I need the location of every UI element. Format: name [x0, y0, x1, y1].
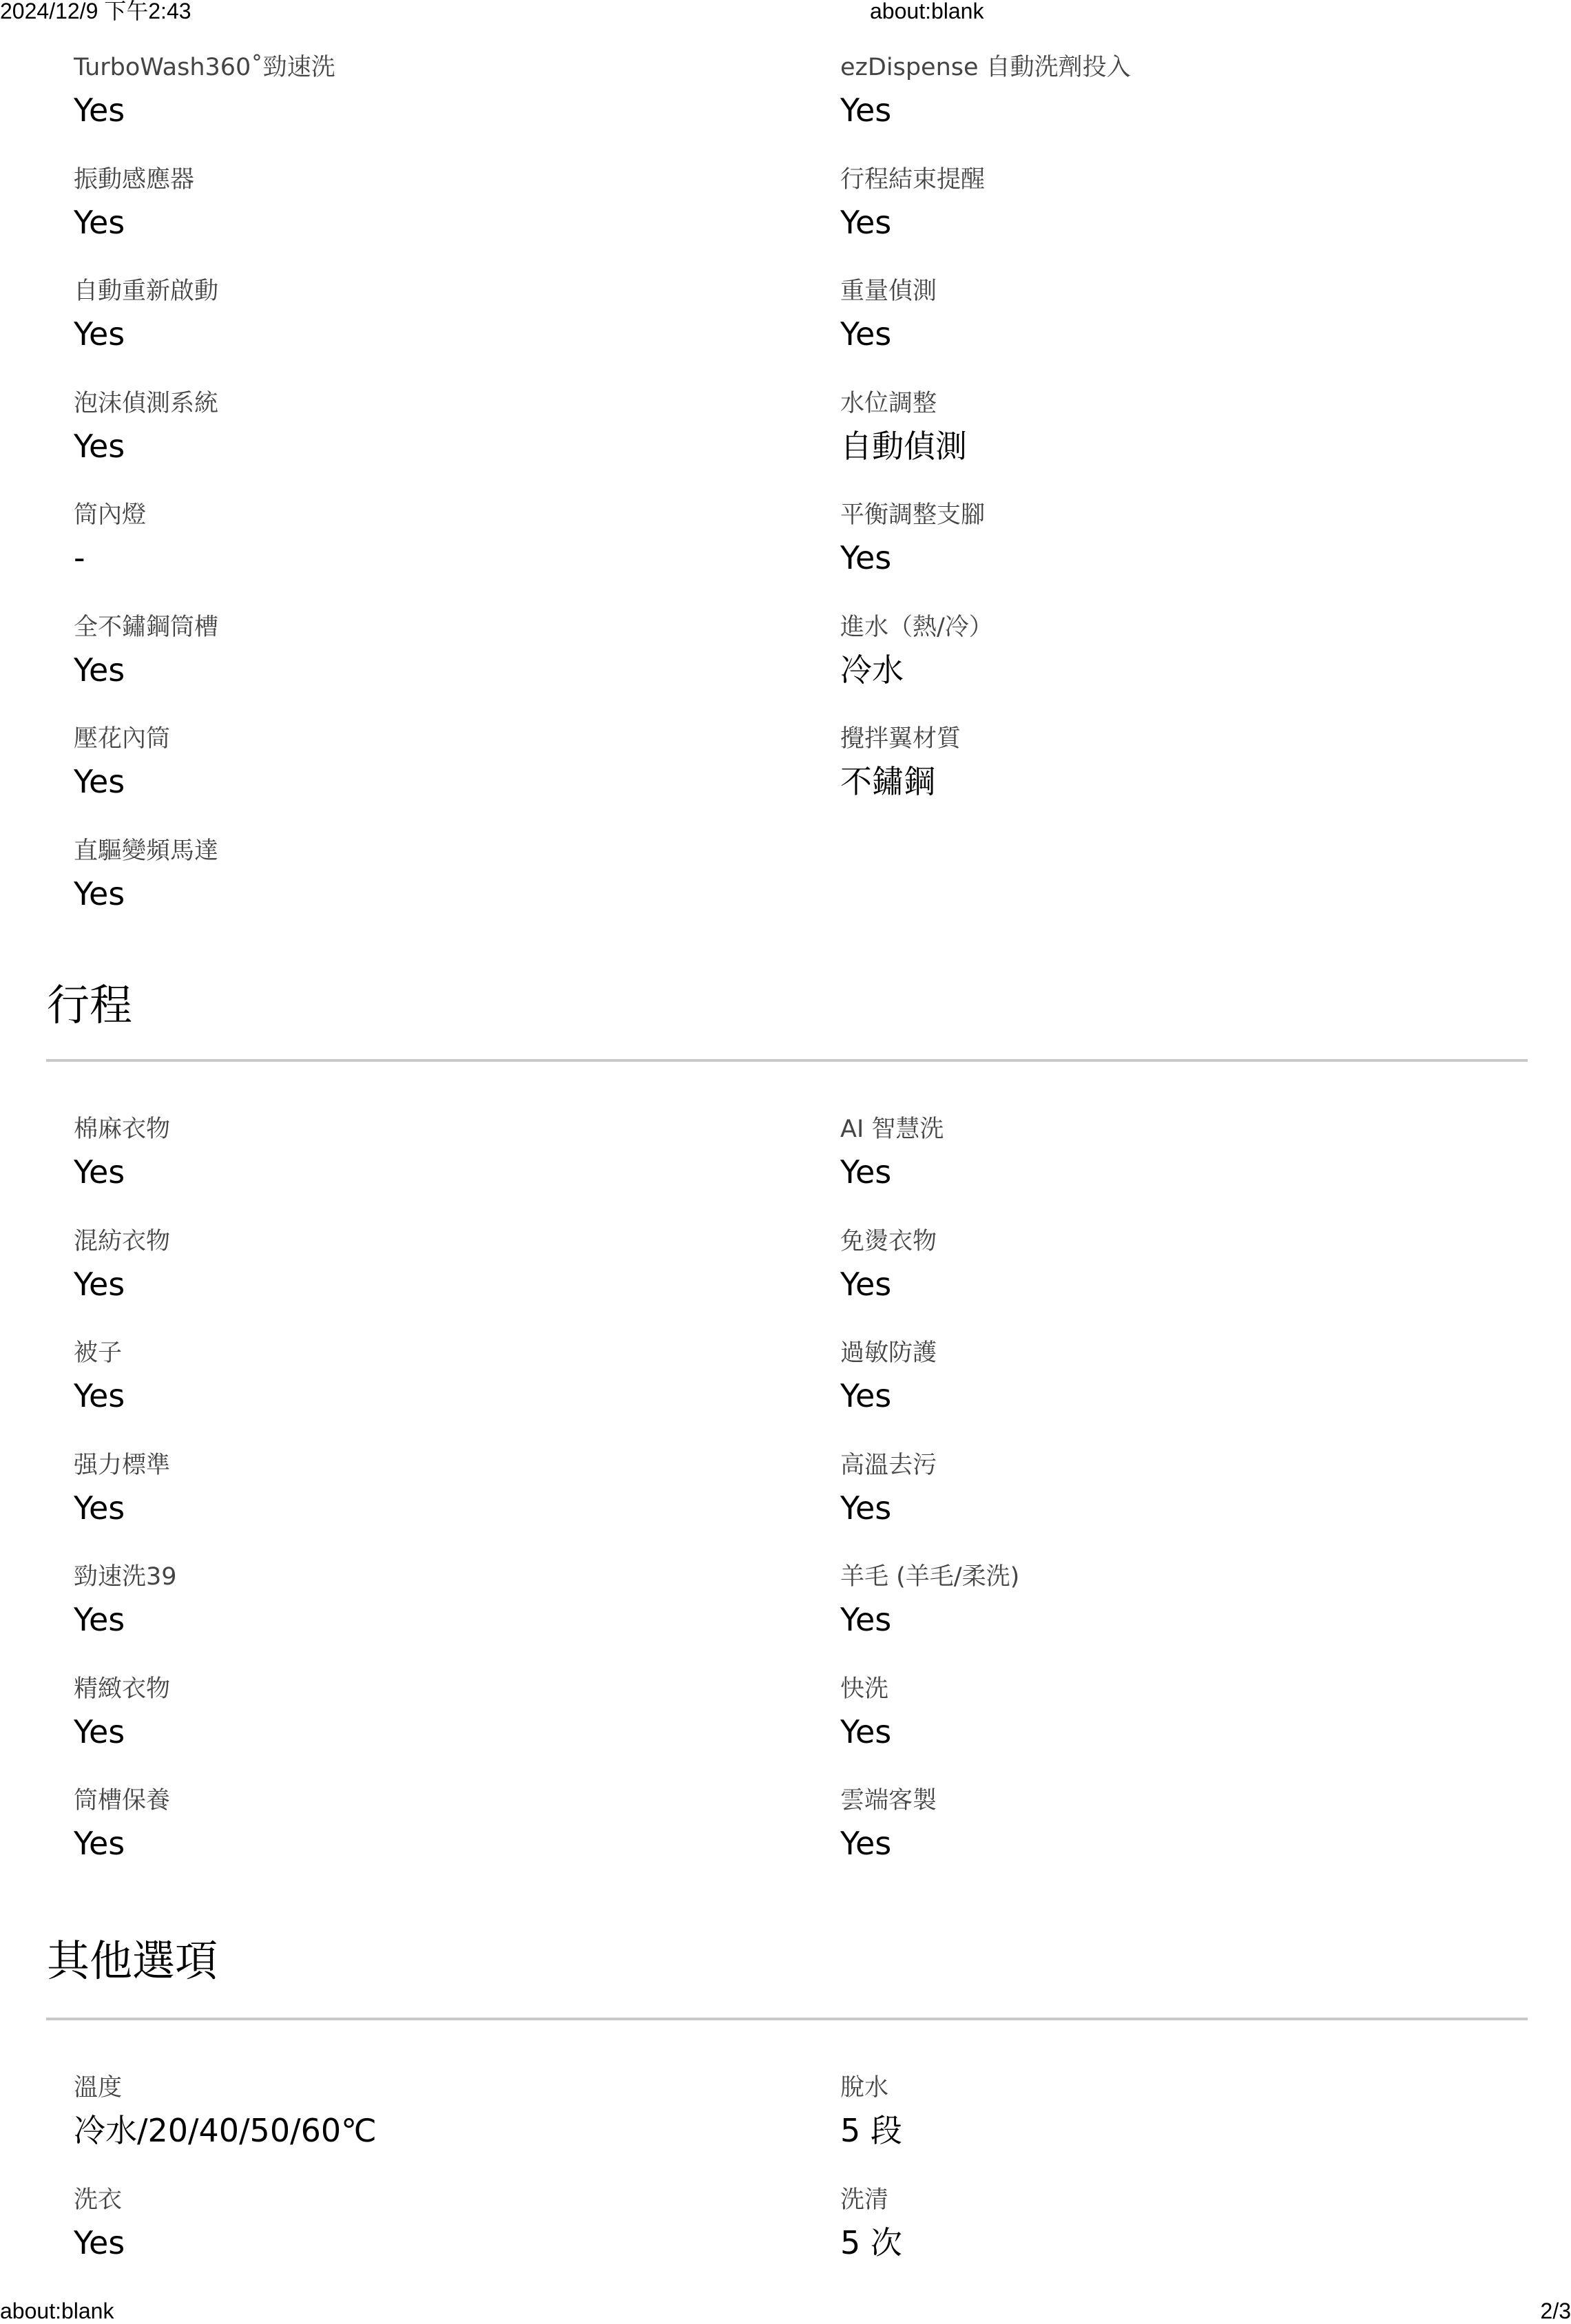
spec-item-spin: 脫水 5 段 — [840, 2074, 1528, 2186]
spec-label: 被子 — [74, 1339, 840, 1367]
spec-value: 自動偵測 — [840, 427, 1528, 465]
spec-item-ezdispense: ezDispense 自動洗劑投入 Yes — [840, 54, 1528, 166]
spec-item-drum-light: 筒內燈 - — [74, 501, 840, 614]
spec-value: Yes — [840, 1153, 1528, 1191]
print-footer-url: about:blank — [0, 2299, 114, 2323]
spec-label: 羊毛 (羊毛/柔洗) — [840, 1563, 1528, 1591]
spec-item-tub-clean: 筒槽保養 Yes — [74, 1787, 840, 1899]
spec-value: Yes — [840, 538, 1528, 577]
spec-grid-features: TurboWash360˚勁速洗 Yes ezDispense 自動洗劑投入 Y… — [74, 54, 1528, 949]
spec-label: ezDispense 自動洗劑投入 — [840, 54, 1528, 81]
spec-value: Yes — [74, 315, 840, 353]
spec-item-cotton: 棉麻衣物 Yes — [74, 1116, 840, 1228]
spec-value: Yes — [840, 1824, 1528, 1863]
spec-label: 重量偵測 — [840, 278, 1528, 305]
spec-label: 攪拌翼材質 — [840, 725, 1528, 753]
spec-value: Yes — [74, 875, 840, 913]
spec-item-turbo-39: 勁速洗39 Yes — [74, 1563, 840, 1675]
spec-label: 勁速洗39 — [74, 1563, 840, 1591]
spec-value: Yes — [74, 91, 840, 129]
spec-value: 5 次 — [840, 2223, 1528, 2262]
section-divider — [46, 1059, 1528, 1062]
spec-item-cloud-custom: 雲端客製 Yes — [840, 1787, 1528, 1899]
spec-value: Yes — [74, 1265, 840, 1304]
spec-label: 强力標準 — [74, 1452, 840, 1479]
spec-label: 壓花內筒 — [74, 725, 840, 753]
spec-item-quick-wash: 快洗 Yes — [840, 1675, 1528, 1788]
spec-item-auto-restart: 自動重新啟動 Yes — [74, 278, 840, 390]
spec-value: Yes — [74, 1489, 840, 1527]
spec-item-wash: 洗衣 Yes — [74, 2186, 840, 2299]
spec-label: 脫水 — [840, 2074, 1528, 2102]
spec-value: Yes — [74, 1376, 840, 1415]
spec-item-vibration-sensor: 振動感應器 Yes — [74, 166, 840, 278]
spec-grid-other-options: 溫度 冷水/20/40/50/60℃ 脫水 5 段 洗衣 Yes 洗清 5 次 — [74, 2074, 1528, 2298]
spec-item-mixed-fabric: 混紡衣物 Yes — [74, 1228, 840, 1340]
spec-value: Yes — [74, 1824, 840, 1863]
spec-item-wool: 羊毛 (羊毛/柔洗) Yes — [840, 1563, 1528, 1675]
spec-item-turbowash: TurboWash360˚勁速洗 Yes — [74, 54, 840, 166]
spec-label: 洗衣 — [74, 2186, 840, 2214]
spec-item-heavy-duty: 强力標準 Yes — [74, 1452, 840, 1564]
spec-value: Yes — [74, 1713, 840, 1751]
spec-item-temperature: 溫度 冷水/20/40/50/60℃ — [74, 2074, 840, 2186]
spec-item-leveling-feet: 平衡調整支腳 Yes — [840, 501, 1528, 614]
print-header-datetime: 2024/12/9 下午2:43 — [0, 0, 191, 23]
section-divider — [46, 2018, 1528, 2020]
spec-value: Yes — [74, 651, 840, 689]
spec-label: 棉麻衣物 — [74, 1116, 840, 1143]
spec-grid-programs: 棉麻衣物 Yes AI 智慧洗 Yes 混紡衣物 Yes 免燙衣物 Yes 被子… — [74, 1116, 1528, 1899]
spec-label: 泡沫偵測系統 — [74, 390, 840, 417]
spec-label: 全不鏽鋼筒槽 — [74, 614, 840, 641]
spec-value: Yes — [840, 1376, 1528, 1415]
spec-label: TurboWash360˚勁速洗 — [74, 54, 840, 81]
print-header-title: about:blank — [870, 0, 984, 23]
spec-label: 自動重新啟動 — [74, 278, 840, 305]
spec-label: 溫度 — [74, 2074, 840, 2102]
spec-label: 精緻衣物 — [74, 1675, 840, 1703]
spec-item-water-level: 水位調整 自動偵測 — [840, 390, 1528, 502]
spec-label: 洗清 — [840, 2186, 1528, 2214]
spec-item-stainless-tub: 全不鏽鋼筒槽 Yes — [74, 614, 840, 726]
spec-value: Yes — [840, 315, 1528, 353]
spec-item-delicates: 精緻衣物 Yes — [74, 1675, 840, 1788]
spec-label: 快洗 — [840, 1675, 1528, 1703]
spec-label: 筒內燈 — [74, 501, 840, 529]
spec-value: Yes — [74, 1600, 840, 1639]
spec-item-end-alert: 行程結束提醒 Yes — [840, 166, 1528, 278]
spec-value: 冷水/20/40/50/60℃ — [74, 2111, 840, 2150]
spec-item-water-inlet: 進水（熱/冷） 冷水 — [840, 614, 1528, 726]
spec-label: 高溫去污 — [840, 1452, 1528, 1479]
spec-value: Yes — [840, 203, 1528, 242]
spec-value: Yes — [840, 1713, 1528, 1751]
spec-value: - — [74, 538, 840, 577]
spec-label: 直驅變頻馬達 — [74, 837, 840, 865]
spec-value: Yes — [840, 1600, 1528, 1639]
section-heading-programs: 行程 — [47, 981, 132, 1029]
spec-item-ai-wash: AI 智慧洗 Yes — [840, 1116, 1528, 1228]
spec-label: 過敏防護 — [840, 1339, 1528, 1367]
spec-item-weight-detect: 重量偵測 Yes — [840, 278, 1528, 390]
spec-label: 行程結束提醒 — [840, 166, 1528, 193]
spec-item-hot-stain: 高溫去污 Yes — [840, 1452, 1528, 1564]
spec-label: 雲端客製 — [840, 1787, 1528, 1814]
spec-value: Yes — [74, 203, 840, 242]
spec-value: Yes — [840, 1489, 1528, 1527]
spec-value: Yes — [74, 1153, 840, 1191]
spec-item-easy-care: 免燙衣物 Yes — [840, 1228, 1528, 1340]
spec-value: Yes — [74, 2223, 840, 2262]
spec-label: 混紡衣物 — [74, 1228, 840, 1255]
spec-label: AI 智慧洗 — [840, 1116, 1528, 1143]
spec-value: 冷水 — [840, 651, 1528, 689]
spec-value: Yes — [840, 1265, 1528, 1304]
spec-item-allergy-care: 過敏防護 Yes — [840, 1339, 1528, 1452]
spec-value: Yes — [74, 427, 840, 465]
spec-item-bedding: 被子 Yes — [74, 1339, 840, 1452]
section-heading-other-options: 其他選項 — [47, 1937, 218, 1985]
spec-label: 振動感應器 — [74, 166, 840, 193]
spec-item-pulsator-material: 攪拌翼材質 不鏽鋼 — [840, 725, 1528, 837]
spec-label: 免燙衣物 — [840, 1228, 1528, 1255]
spec-label: 筒槽保養 — [74, 1787, 840, 1814]
spec-item-embossed-drum: 壓花內筒 Yes — [74, 725, 840, 837]
spec-value: 不鏽鋼 — [840, 762, 1528, 801]
spec-item-foam-detect: 泡沫偵測系統 Yes — [74, 390, 840, 502]
spec-label: 平衡調整支腳 — [840, 501, 1528, 529]
spec-value: 5 段 — [840, 2111, 1528, 2150]
spec-value: Yes — [74, 762, 840, 801]
spec-item-rinse: 洗清 5 次 — [840, 2186, 1528, 2299]
spec-value: Yes — [840, 91, 1528, 129]
spec-item-direct-drive-motor: 直驅變頻馬達 Yes — [74, 837, 840, 950]
spec-label: 水位調整 — [840, 390, 1528, 417]
spec-label: 進水（熱/冷） — [840, 614, 1528, 641]
print-footer-page-number: 2/3 — [1541, 2299, 1571, 2323]
